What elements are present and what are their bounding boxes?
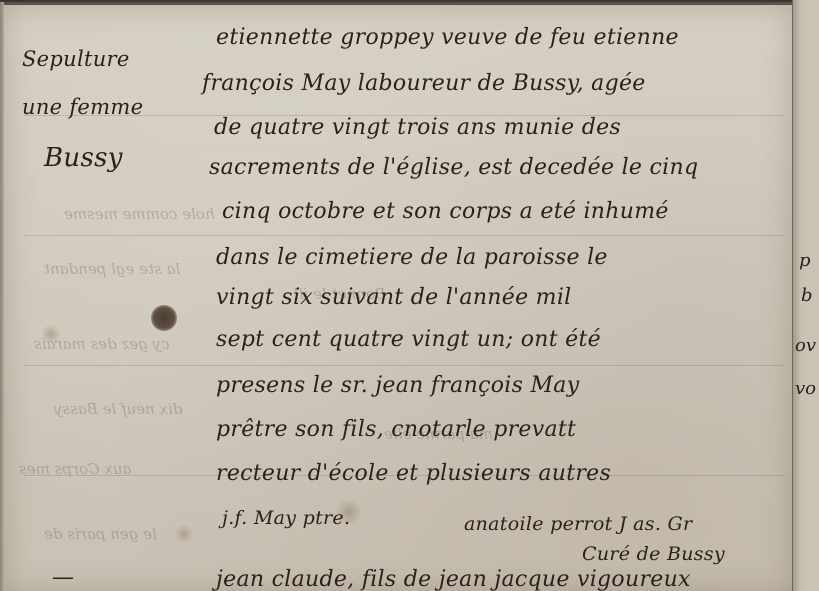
ink-blot [151,305,177,331]
entry-line-10: prêtre son fils, cnotarle prevatt [216,417,576,442]
stain [40,325,62,343]
entry-line-1: etiennette groppey veuve de feu etienne [216,25,679,50]
next-entry-marker: — [52,565,74,590]
entry-line-5: cinq octobre et son corps a eté inhumé [222,199,669,224]
entry-line-2: françois May laboureur de Bussy, agée [202,71,646,96]
entry-line-3: de quatre vingt trois ans munie des [214,115,621,140]
bleed-through-text: la ste egl pendant [44,260,180,278]
manuscript-page: hole comme mesme la ste egl pendant cy g… [4,2,792,591]
margin-note-place: Bussy [44,143,123,173]
next-entry-line: jean claude, fils de jean jacque vigoure… [216,567,691,591]
bleed-through-text: le gen paris de [44,525,157,543]
entry-line-4: sacrements de l'église, est decedée le c… [209,155,698,180]
bleed-through-text: aux Corps mes [19,460,131,478]
entry-line-9: presens le sr. jean françois May [216,373,579,398]
bleed-through-text: dix neuf le Bassy [54,400,182,418]
stain [174,525,194,543]
facing-page-fragment: b [801,285,813,306]
facing-page-fragment: vo [795,378,816,399]
margin-note-femme: une femme [22,95,143,119]
facing-page-edge: p b ov vo [792,0,819,591]
entry-line-7: vingt six suivant de l'année mil [216,285,572,310]
entry-line-11: recteur d'école et plusieurs autres [216,461,611,486]
margin-note-sepulture: Sepulture [22,47,130,71]
signature-cure-title: Curé de Bussy [582,543,725,565]
entry-line-6: dans le cimetiere de la paroisse le [216,245,608,270]
signature-curate: anatoile perrot J as. Gr [464,513,692,535]
ruled-line [24,235,784,236]
signature-priest: j.f. May ptre. [222,507,350,529]
bleed-through-text: hole comme mesme [64,205,215,223]
facing-page-fragment: ov [795,335,816,356]
facing-page-fragment: p [799,250,811,271]
entry-line-8: sept cent quatre vingt un; ont été [216,327,601,352]
ruled-line [24,365,784,366]
